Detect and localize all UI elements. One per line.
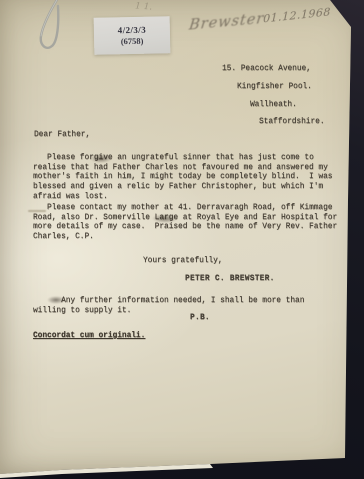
ink-smudge <box>47 296 65 304</box>
pencil-marks: 1 1. <box>135 1 153 12</box>
archive-reference-number: 4/2/3/3 <box>118 25 147 36</box>
initials: P.B. <box>190 314 210 324</box>
paperclip-icon <box>20 0 74 60</box>
closing: Yours gratefully, <box>143 257 223 267</box>
signature: PETER C. BREWSTER. <box>185 275 275 285</box>
ink-smudge <box>152 214 178 223</box>
postscript: Any further information needed, I shall … <box>33 297 339 316</box>
sender-address-line: 15. Peacock Avenue, <box>222 65 311 75</box>
sender-address-line: Staffordshire. <box>259 118 325 128</box>
certification-note: Concordat cum originali. <box>33 332 145 342</box>
archive-item-number: (6758) <box>121 36 144 46</box>
sender-address-line: Wallheath. <box>250 101 297 111</box>
sender-address-line: Kingfisher Pool. <box>237 83 312 93</box>
letter-paragraph: Please forgive an ungrateful sinner that… <box>33 154 339 203</box>
fold-mark <box>28 210 46 212</box>
archive-label: 4/2/3/3 (6758) <box>94 16 171 55</box>
salutation: Dear Father, <box>34 131 90 141</box>
ink-smudge <box>90 154 112 163</box>
letter-photograph: 4/2/3/3 (6758) 1 1. Brewster 01.12.1968 … <box>0 0 364 479</box>
letter-paragraph: Please contact my mother at 41. Derravar… <box>33 204 339 243</box>
